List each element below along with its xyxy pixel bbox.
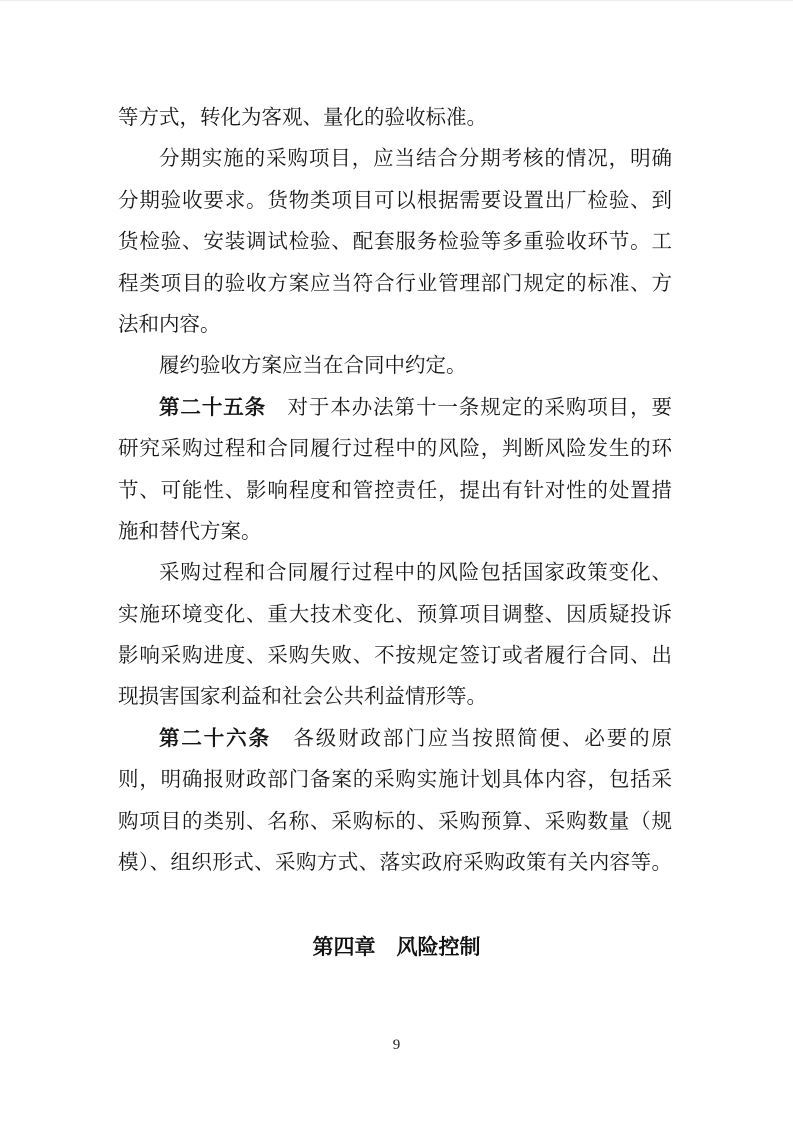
text-line: 分期验收要求。货物类项目可以根据需要设置出厂检验、到	[118, 181, 672, 222]
text-line: 则，明确报财政部门备案的采购实施计划具体内容，包括采	[118, 760, 672, 801]
text-line: 货检验、安装调试检验、配套服务检验等多重验收环节。工	[118, 222, 672, 263]
article-number: 第二十五条	[159, 397, 266, 419]
line-text: 程类项目的验收方案应当符合行业管理部门规定的标准、方	[118, 273, 672, 295]
text-line: 节、可能性、影响程度和管控责任，提出有针对性的处置措	[118, 471, 672, 512]
chapter-heading: 第四章 风险控制	[0, 927, 793, 968]
text-line: 分期实施的采购项目，应当结合分期考核的情况，明确	[118, 139, 672, 180]
line-text: 现损害国家利益和社会公共利益情形等。	[118, 686, 487, 708]
line-text: 各级财政部门应当按照简便、必要的原	[271, 728, 672, 750]
text-line: 施和替代方案。	[118, 512, 672, 553]
text-line: 程类项目的验收方案应当符合行业管理部门规定的标准、方	[118, 264, 672, 305]
line-text: 法和内容。	[118, 314, 221, 336]
text-line: 等方式，转化为客观、量化的验收标准。	[118, 98, 672, 139]
text-line: 采购过程和合同履行过程中的风险包括国家政策变化、	[118, 553, 672, 594]
text-line: 影响采购进度、采购失败、不按规定签订或者履行合同、出	[118, 636, 672, 677]
line-text: 影响采购进度、采购失败、不按规定签订或者履行合同、出	[118, 645, 672, 667]
text-line: 实施环境变化、重大技术变化、预算项目调整、因质疑投诉	[118, 595, 672, 636]
text-line: 第二十五条 对于本办法第十一条规定的采购项目，要	[118, 388, 672, 429]
text-line: 法和内容。	[118, 305, 672, 346]
text-line: 模）、组织形式、采购方式、落实政府采购政策有关内容等。	[118, 843, 672, 884]
page-number: 9	[0, 1036, 793, 1054]
line-text: 则，明确报财政部门备案的采购实施计划具体内容，包括采	[118, 769, 672, 791]
text-line: 研究采购过程和合同履行过程中的风险，判断风险发生的环	[118, 429, 672, 470]
text-line: 购项目的类别、名称、采购标的、采购预算、采购数量（规	[118, 802, 672, 843]
line-text: 等方式，转化为客观、量化的验收标准。	[118, 107, 487, 129]
line-text: 采购过程和合同履行过程中的风险包括国家政策变化、	[159, 562, 672, 584]
text-line: 现损害国家利益和社会公共利益情形等。	[118, 677, 672, 718]
document-page: 等方式，转化为客观、量化的验收标准。 分期实施的采购项目，应当结合分期考核的情况…	[0, 0, 793, 1122]
line-text: 购项目的类别、名称、采购标的、采购预算、采购数量（规	[118, 811, 672, 833]
line-text: 货检验、安装调试检验、配套服务检验等多重验收环节。工	[118, 231, 672, 253]
article-number: 第二十六条	[159, 728, 271, 750]
line-text: 研究采购过程和合同履行过程中的风险，判断风险发生的环	[118, 438, 672, 460]
text-line: 履约验收方案应当在合同中约定。	[118, 346, 672, 387]
line-text: 履约验收方案应当在合同中约定。	[159, 355, 467, 377]
line-text: 模）、组织形式、采购方式、落实政府采购政策有关内容等。	[118, 852, 672, 874]
line-text: 施和替代方案。	[118, 521, 262, 543]
line-text: 分期实施的采购项目，应当结合分期考核的情况，明确	[159, 148, 672, 170]
text-line: 第二十六条 各级财政部门应当按照简便、必要的原	[118, 719, 672, 760]
line-text: 节、可能性、影响程度和管控责任，提出有针对性的处置措	[118, 480, 672, 502]
line-text: 对于本办法第十一条规定的采购项目，要	[266, 397, 672, 419]
line-text: 分期验收要求。货物类项目可以根据需要设置出厂检验、到	[118, 190, 672, 212]
line-text: 实施环境变化、重大技术变化、预算项目调整、因质疑投诉	[118, 604, 672, 626]
text-body: 等方式，转化为客观、量化的验收标准。 分期实施的采购项目，应当结合分期考核的情况…	[118, 98, 672, 884]
